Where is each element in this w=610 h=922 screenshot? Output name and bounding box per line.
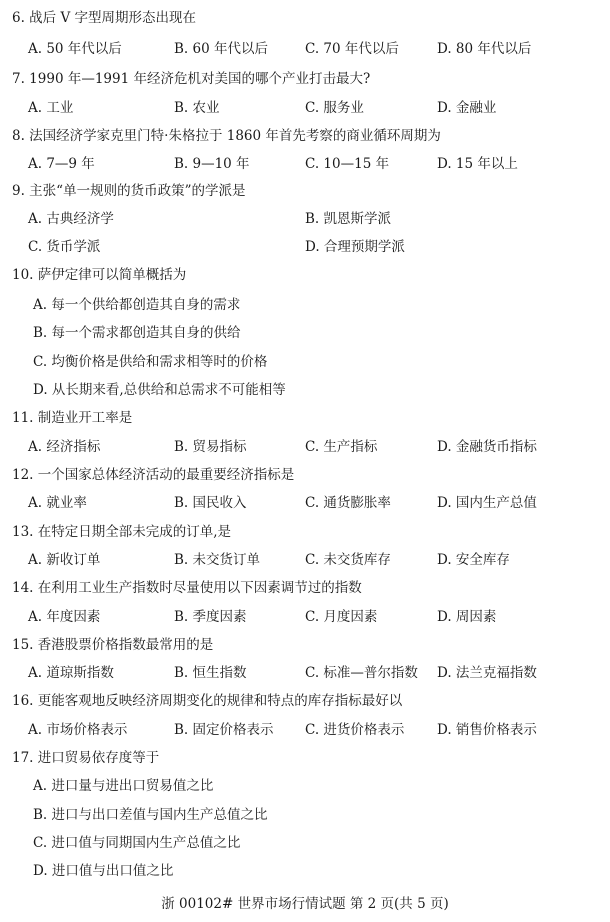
- option-d: D. 金融业: [437, 99, 496, 117]
- option-a: A. 就业率: [28, 494, 87, 512]
- option-c: C. 生产指标: [305, 438, 377, 456]
- question-6-stem: 6. 战后 V 字型周期形态出现在: [12, 9, 196, 27]
- question-17-option-c: C. 进口值与同期国内生产总值之比: [33, 834, 240, 852]
- option-b: B. 固定价格表示: [174, 721, 274, 739]
- question-16-stem: 16. 更能客观地反映经济周期变化的规律和特点的库存指标最好以: [12, 692, 402, 710]
- option-a: A. 古典经济学: [28, 210, 114, 228]
- option-c: C. 月度因素: [305, 608, 377, 626]
- page-footer: 浙 00102# 世界市场行情试题 第 2 页(共 5 页): [0, 895, 610, 913]
- question-17-stem: 17. 进口贸易依存度等于: [12, 749, 159, 767]
- option-d: D. 安全库存: [437, 551, 510, 569]
- question-9-stem: 9. 主张“单一规则的货币政策”的学派是: [12, 182, 245, 200]
- option-b: B. 9—10 年: [174, 155, 250, 173]
- option-a: A. 年度因素: [28, 608, 100, 626]
- option-b: B. 恒生指数: [174, 664, 247, 682]
- question-13-stem: 13. 在特定日期全部未完成的订单,是: [12, 523, 231, 541]
- question-16-options: A. 市场价格表示 B. 固定价格表示 C. 进货价格表示 D. 销售价格表示: [0, 721, 610, 739]
- question-9-options-row1: A. 古典经济学 B. 凯恩斯学派: [0, 210, 610, 228]
- question-10-option-b: B. 每一个需求都创造其自身的供给: [33, 324, 241, 342]
- question-10-stem: 10. 萨伊定律可以简单概括为: [12, 266, 186, 284]
- question-10-option-d: D. 从长期来看,总供给和总需求不可能相等: [33, 381, 286, 399]
- option-c: C. 70 年代以后: [305, 40, 399, 58]
- option-a: A. 工业: [28, 99, 73, 117]
- question-12-stem: 12. 一个国家总体经济活动的最重要经济指标是: [12, 466, 294, 484]
- option-b: B. 60 年代以后: [174, 40, 268, 58]
- option-c: C. 未交货库存: [305, 551, 391, 569]
- question-8-options: A. 7—9 年 B. 9—10 年 C. 10—15 年 D. 15 年以上: [0, 155, 610, 173]
- option-d: D. 80 年代以后: [437, 40, 531, 58]
- option-d: D. 销售价格表示: [437, 721, 537, 739]
- option-b: B. 贸易指标: [174, 438, 247, 456]
- option-b: B. 国民收入: [174, 494, 247, 512]
- option-d: D. 合理预期学派: [305, 238, 405, 256]
- question-10-option-c: C. 均衡价格是供给和需求相等时的价格: [33, 353, 267, 371]
- question-8-stem: 8. 法国经济学家克里门特·朱格拉于 1860 年首先考察的商业循环周期为: [12, 127, 441, 145]
- option-d: D. 15 年以上: [437, 155, 518, 173]
- option-d: D. 国内生产总值: [437, 494, 537, 512]
- question-15-stem: 15. 香港股票价格指数最常用的是: [12, 636, 213, 654]
- question-6-options: A. 50 年代以后 B. 60 年代以后 C. 70 年代以后 D. 80 年…: [0, 40, 610, 58]
- question-10-option-a: A. 每一个供给都创造其自身的需求: [33, 296, 240, 314]
- option-a: A. 道琼斯指数: [28, 664, 114, 682]
- question-14-stem: 14. 在利用工业生产指数时尽量使用以下因素调节过的指数: [12, 579, 362, 597]
- question-7-stem: 7. 1990 年—1991 年经济危机对美国的哪个产业打击最大?: [12, 70, 370, 88]
- option-c: C. 标准—普尔指数: [305, 664, 418, 682]
- question-17-option-d: D. 进口值与出口值之比: [33, 862, 173, 880]
- question-11-stem: 11. 制造业开工率是: [12, 409, 132, 427]
- question-13-options: A. 新收订单 B. 未交货订单 C. 未交货库存 D. 安全库存: [0, 551, 610, 569]
- option-d: D. 金融货币指标: [437, 438, 537, 456]
- option-d: D. 周因素: [437, 608, 496, 626]
- question-15-options: A. 道琼斯指数 B. 恒生指数 C. 标准—普尔指数 D. 法兰克福指数: [0, 664, 610, 682]
- option-a: A. 经济指标: [28, 438, 100, 456]
- question-17-option-b: B. 进口与出口差值与国内生产总值之比: [33, 806, 268, 824]
- option-c: C. 进货价格表示: [305, 721, 404, 739]
- option-a: A. 50 年代以后: [28, 40, 122, 58]
- question-17-option-a: A. 进口量与进出口贸易值之比: [33, 777, 213, 795]
- option-c: C. 货币学派: [28, 238, 100, 256]
- question-12-options: A. 就业率 B. 国民收入 C. 通货膨胀率 D. 国内生产总值: [0, 494, 610, 512]
- option-b: B. 农业: [174, 99, 220, 117]
- question-9-options-row2: C. 货币学派 D. 合理预期学派: [0, 238, 610, 256]
- option-b: B. 凯恩斯学派: [305, 210, 391, 228]
- question-11-options: A. 经济指标 B. 贸易指标 C. 生产指标 D. 金融货币指标: [0, 438, 610, 456]
- option-a: A. 7—9 年: [28, 155, 95, 173]
- option-a: A. 新收订单: [28, 551, 100, 569]
- option-d: D. 法兰克福指数: [437, 664, 537, 682]
- option-c: C. 10—15 年: [305, 155, 389, 173]
- option-c: C. 服务业: [305, 99, 364, 117]
- option-b: B. 季度因素: [174, 608, 247, 626]
- question-7-options: A. 工业 B. 农业 C. 服务业 D. 金融业: [0, 99, 610, 117]
- option-b: B. 未交货订单: [174, 551, 260, 569]
- option-c: C. 通货膨胀率: [305, 494, 391, 512]
- option-a: A. 市场价格表示: [28, 721, 127, 739]
- question-14-options: A. 年度因素 B. 季度因素 C. 月度因素 D. 周因素: [0, 608, 610, 626]
